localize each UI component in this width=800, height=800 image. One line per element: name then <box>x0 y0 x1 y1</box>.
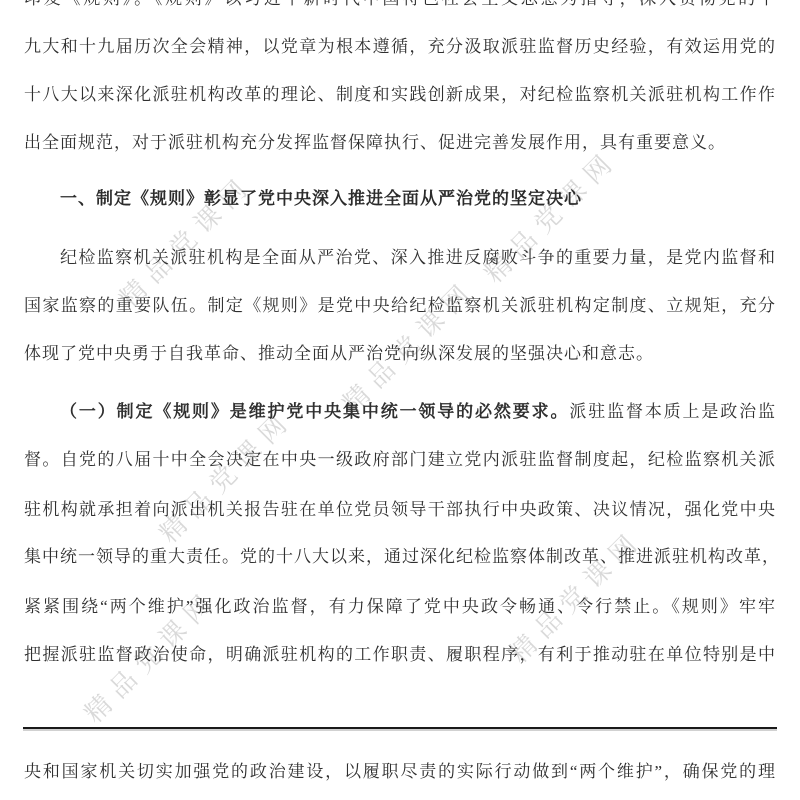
body-line: 把握派驻监督政治使命，明确派驻机构的工作职责、履职程序，有利于推动驻在单位特别是… <box>24 631 776 679</box>
body-line: 驻机构就承担着向派出机关报告驻在单位党员领导干部执行中央政策、决议情况，强化党中… <box>24 486 776 534</box>
bold-lead-sentence: （一）制定《规则》是维护党中央集中统一领导的必然要求。 <box>60 402 569 421</box>
body-line-clipped: 印发《规则》。《规则》以习近平新时代中国特色社会主义思想为指导，深入贯彻党的十 <box>24 0 776 23</box>
section-heading: 一、制定《规则》彰显了党中央深入推进全面从严治党的坚定决心 <box>24 175 776 223</box>
body-line: 九大和十九届历次全会精神，以党章为根本遵循，充分汲取派驻监督历史经验，有效运用党… <box>24 23 776 71</box>
body-line: 国家监察的重要队伍。制定《规则》是党中央给纪检监察机关派驻机构定制度、立规矩，充… <box>24 282 776 330</box>
body-line: 央和国家机关切实加强党的政治建设，以履职尽责的实际行动做到“两个维护”，确保党的… <box>24 748 776 796</box>
document-page: { "doc": { "watermark_text": "精品党课网", "c… <box>0 0 800 800</box>
body-line: 体现了党中央勇于自我革命、推动全面从严治党向纵深发展的坚强决心和意志。 <box>24 330 776 378</box>
body-line-text: 派驻监督本质上是政治监 <box>569 402 776 421</box>
body-line: 纪检监察机关派驻机构是全面从严治党、深入推进反腐败斗争的重要力量，是党内监督和 <box>24 234 776 282</box>
page-break-rule <box>23 727 777 729</box>
document-content: 印发《规则》。《规则》以习近平新时代中国特色社会主义思想为指导，深入贯彻党的十 … <box>0 0 800 800</box>
body-line: 十八大以来深化派驻机构改革的理论、制度和实践创新成果，对纪检监察机关派驻机构工作… <box>24 71 776 119</box>
body-line: 出全面规范，对于派驻机构充分发挥监督保障执行、促进完善发展作用，具有重要意义。 <box>24 119 776 167</box>
body-line: 紧紧围绕“两个维护”强化政治监督，有力保障了党中央政令畅通、令行禁止。《规则》牢… <box>24 583 776 631</box>
body-line: 督。自党的八届十中全会决定在中央一级政府部门建立党内派驻监督制度起，纪检监察机关… <box>24 436 776 484</box>
body-line: 集中统一领导的重大责任。党的十八大以来，通过深化纪检监察体制改革、推进派驻机构改… <box>24 533 776 581</box>
body-line: （一）制定《规则》是维护党中央集中统一领导的必然要求。派驻监督本质上是政治监 <box>24 388 776 436</box>
